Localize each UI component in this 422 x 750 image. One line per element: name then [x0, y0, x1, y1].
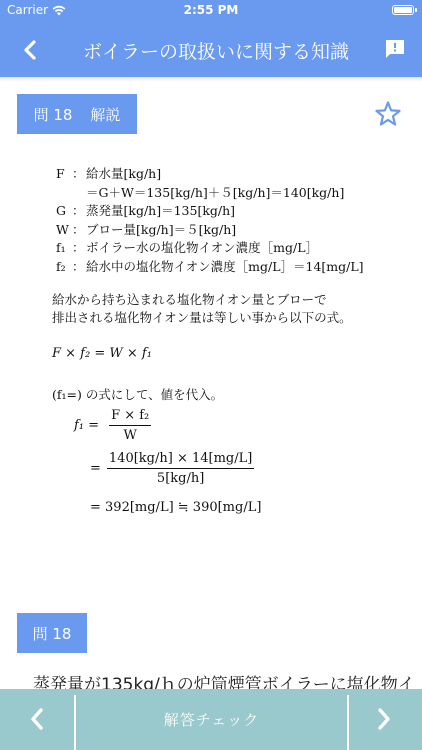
- calculation: f₁ = F × f₂ W = 140[kg/h] × 14[mg/L] 5[k…: [74, 408, 261, 515]
- check-answer-button[interactable]: 解答チェック: [76, 689, 347, 750]
- report-button[interactable]: [384, 38, 406, 60]
- chevron-left-icon: [18, 36, 44, 64]
- explanation-paragraph: 給水から持ち込まれる塩化物イオン量とブローで 排出される塩化物イオン量は等しい事…: [52, 291, 382, 327]
- colon: ：: [72, 239, 86, 258]
- definition-text: 蒸発量[kg/h]＝135[kg/h]: [86, 202, 235, 221]
- colon: ：: [72, 258, 86, 277]
- substitute-note: (f₁=) の式にして、値を代入。: [52, 386, 382, 405]
- bottom-toolbar: 解答チェック: [0, 689, 422, 750]
- star-outline-icon: [374, 100, 402, 128]
- calc-row: = 140[kg/h] × 14[mg/L] 5[kg/h]: [74, 451, 261, 486]
- colon: ：: [72, 202, 86, 221]
- paragraph-line: 排出される塩化物イオン量は等しい事から以下の式。: [52, 309, 382, 327]
- definition-text: ＝G＋W＝135[kg/h]＋５[kg/h]＝140[kg/h]: [86, 184, 344, 203]
- definition-symbol: f₁: [52, 239, 72, 258]
- definition-row: W ： ブロー量[kg/h]＝５[kg/h]: [52, 221, 382, 240]
- favorite-button[interactable]: [374, 100, 402, 128]
- calc-result: = 392[mg/L] ≒ 390[mg/L]: [74, 500, 261, 515]
- definition-row: f₁ ： ボイラー水の塩化物イオン濃度［mg/L］: [52, 239, 382, 258]
- chevron-right-icon: [349, 689, 422, 750]
- definition-text: ブロー量[kg/h]＝５[kg/h]: [86, 221, 236, 240]
- denominator: 5[kg/h]: [157, 469, 204, 486]
- variable-definitions: F ： 給水量[kg/h] ＝G＋W＝135[kg/h]＋５[kg/h]＝140…: [52, 165, 382, 276]
- balance-formula: F × f₂ = W × f₁: [52, 345, 382, 364]
- page-title: ボイラーの取扱いに関する知識: [60, 37, 372, 64]
- battery-nub: [415, 8, 417, 12]
- calc-lhs: f₁ =: [74, 418, 99, 433]
- definition-symbol: f₂: [52, 258, 72, 277]
- definition-text: ボイラー水の塩化物イオン濃度［mg/L］: [86, 239, 318, 258]
- question-number: 問 18: [33, 623, 72, 644]
- definition-symbol: G: [52, 202, 72, 221]
- fraction: 140[kg/h] × 14[mg/L] 5[kg/h]: [107, 451, 254, 486]
- header-shadow: [0, 77, 422, 82]
- app-header: Carrier 2:55 PM ボイラーの取扱いに関する知識: [0, 0, 422, 77]
- colon: ：: [72, 221, 86, 240]
- feedback-alert-icon: [384, 38, 406, 60]
- question-number: 問 18: [34, 104, 73, 125]
- next-button[interactable]: [349, 689, 422, 750]
- paragraph-line: 給水から持ち込まれる塩化物イオン量とブローで: [52, 291, 382, 309]
- previous-button[interactable]: [0, 689, 74, 750]
- question-tag: 問 18: [17, 613, 87, 653]
- navigation-bar: ボイラーの取扱いに関する知識: [0, 28, 422, 72]
- explanation-content: F ： 給水量[kg/h] ＝G＋W＝135[kg/h]＋５[kg/h]＝140…: [52, 165, 382, 404]
- definition-row: F ： 給水量[kg/h]: [52, 165, 382, 184]
- explanation-label: 解説: [90, 104, 120, 125]
- chevron-left-icon: [0, 689, 74, 750]
- explanation-tag: 問 18 解説: [17, 94, 137, 134]
- definition-text: 給水中の塩化物イオン濃度［mg/L］＝14[mg/L]: [86, 258, 364, 277]
- equals-sign: =: [90, 461, 101, 476]
- definition-text: 給水量[kg/h]: [86, 165, 161, 184]
- fraction: F × f₂ W: [109, 408, 151, 443]
- calc-row: f₁ = F × f₂ W: [74, 408, 261, 443]
- battery-full-icon: [392, 5, 414, 15]
- numerator: F × f₂: [109, 408, 151, 426]
- status-time: 2:55 PM: [0, 3, 422, 17]
- definition-row: f₂ ： 給水中の塩化物イオン濃度［mg/L］＝14[mg/L]: [52, 258, 382, 277]
- definition-symbol: W: [52, 221, 72, 240]
- back-button[interactable]: [18, 36, 44, 64]
- definition-symbol: F: [52, 165, 72, 184]
- definition-row: G ： 蒸発量[kg/h]＝135[kg/h]: [52, 202, 382, 221]
- definition-row: ＝G＋W＝135[kg/h]＋５[kg/h]＝140[kg/h]: [52, 184, 382, 203]
- denominator: W: [123, 426, 136, 443]
- numerator: 140[kg/h] × 14[mg/L]: [107, 451, 254, 469]
- colon: ：: [72, 165, 86, 184]
- status-bar: Carrier 2:55 PM: [0, 0, 422, 22]
